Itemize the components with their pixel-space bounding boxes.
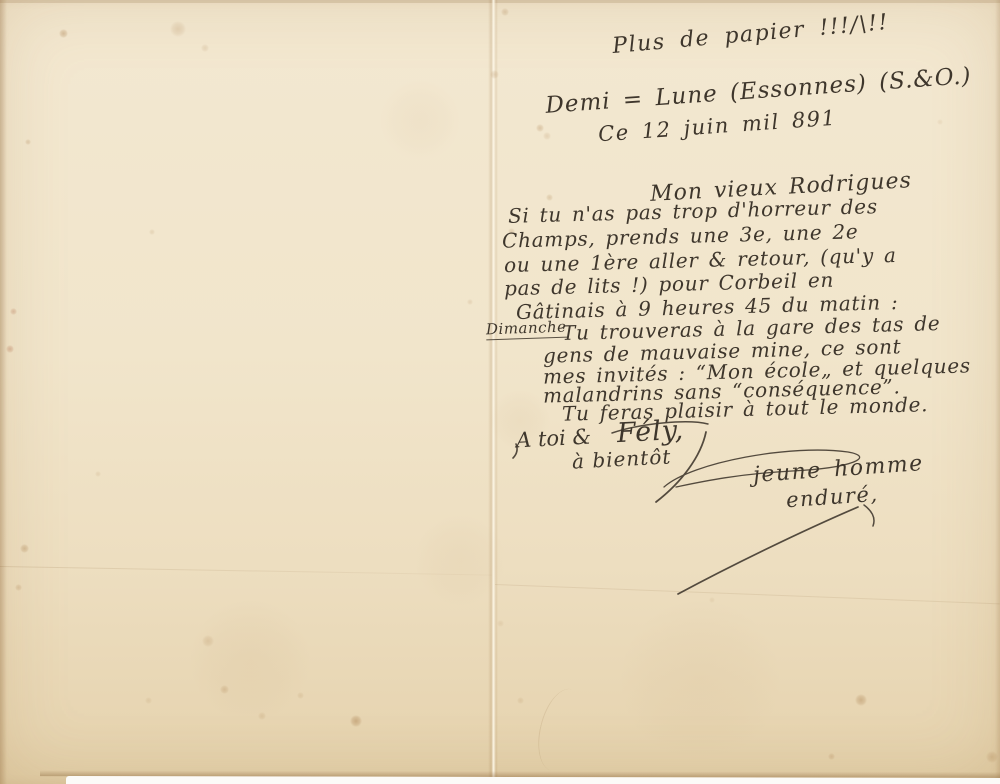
foxing-spot [297, 692, 304, 699]
foxing-spot [543, 132, 551, 140]
foxing-spot [202, 635, 214, 647]
foxing-spot [6, 345, 14, 353]
foxing-spot [855, 694, 867, 706]
header-note: Plus de papier !!!/\!! [612, 12, 890, 58]
foxing-spot [467, 299, 473, 305]
paper-edge-top [0, 0, 1000, 3]
foxing-spot [501, 8, 509, 16]
foxing-spot [937, 119, 943, 125]
closing-fely: Fély, [616, 415, 685, 449]
paper-edge-right [995, 0, 1000, 784]
foxing-spot [25, 139, 31, 145]
signature-line2: enduré, [785, 484, 879, 511]
foxing-spot [258, 712, 266, 720]
paper-crease [495, 584, 1000, 604]
paper-crease [530, 684, 592, 776]
place-line: Demi = Lune (Essonnes) (S.&O.) [545, 65, 973, 118]
foxing-spot [546, 194, 553, 201]
foxing-spot [95, 471, 101, 477]
paper-crease [0, 566, 492, 576]
center-fold-crease [488, 0, 498, 784]
foxing-spot [59, 29, 68, 38]
foxing-spot [20, 544, 29, 553]
foxing-spot [709, 597, 715, 603]
signature-flourish-line [678, 507, 858, 594]
foxing-spot [190, 600, 310, 720]
closing-abientot: à bientôt [572, 446, 672, 471]
foxing-spot [145, 697, 152, 704]
foxing-spot [15, 584, 22, 591]
foxing-spot [170, 21, 186, 37]
scanner-background [66, 776, 1000, 784]
foxing-spot [149, 229, 155, 235]
foxing-spot [201, 44, 209, 52]
foxing-spot [350, 715, 362, 727]
date-line: Ce 12 juin mil 891 [598, 108, 838, 146]
foxing-spot [828, 753, 835, 760]
foxing-spot [536, 124, 544, 132]
foxing-spot [380, 80, 460, 160]
signature-line1: jeune homme [752, 453, 924, 487]
signature-comma-tail [864, 505, 874, 526]
foxing-spot [517, 697, 524, 704]
foxing-spot [220, 685, 229, 694]
paper-edge-left [0, 0, 7, 784]
foxing-spot [10, 308, 17, 315]
foxing-spot [620, 600, 780, 760]
scanned-letter: Plus de papier !!!/\!! Demi = Lune (Esso… [0, 0, 1000, 784]
letter-paper: Plus de papier !!!/\!! Demi = Lune (Esso… [0, 0, 1000, 784]
